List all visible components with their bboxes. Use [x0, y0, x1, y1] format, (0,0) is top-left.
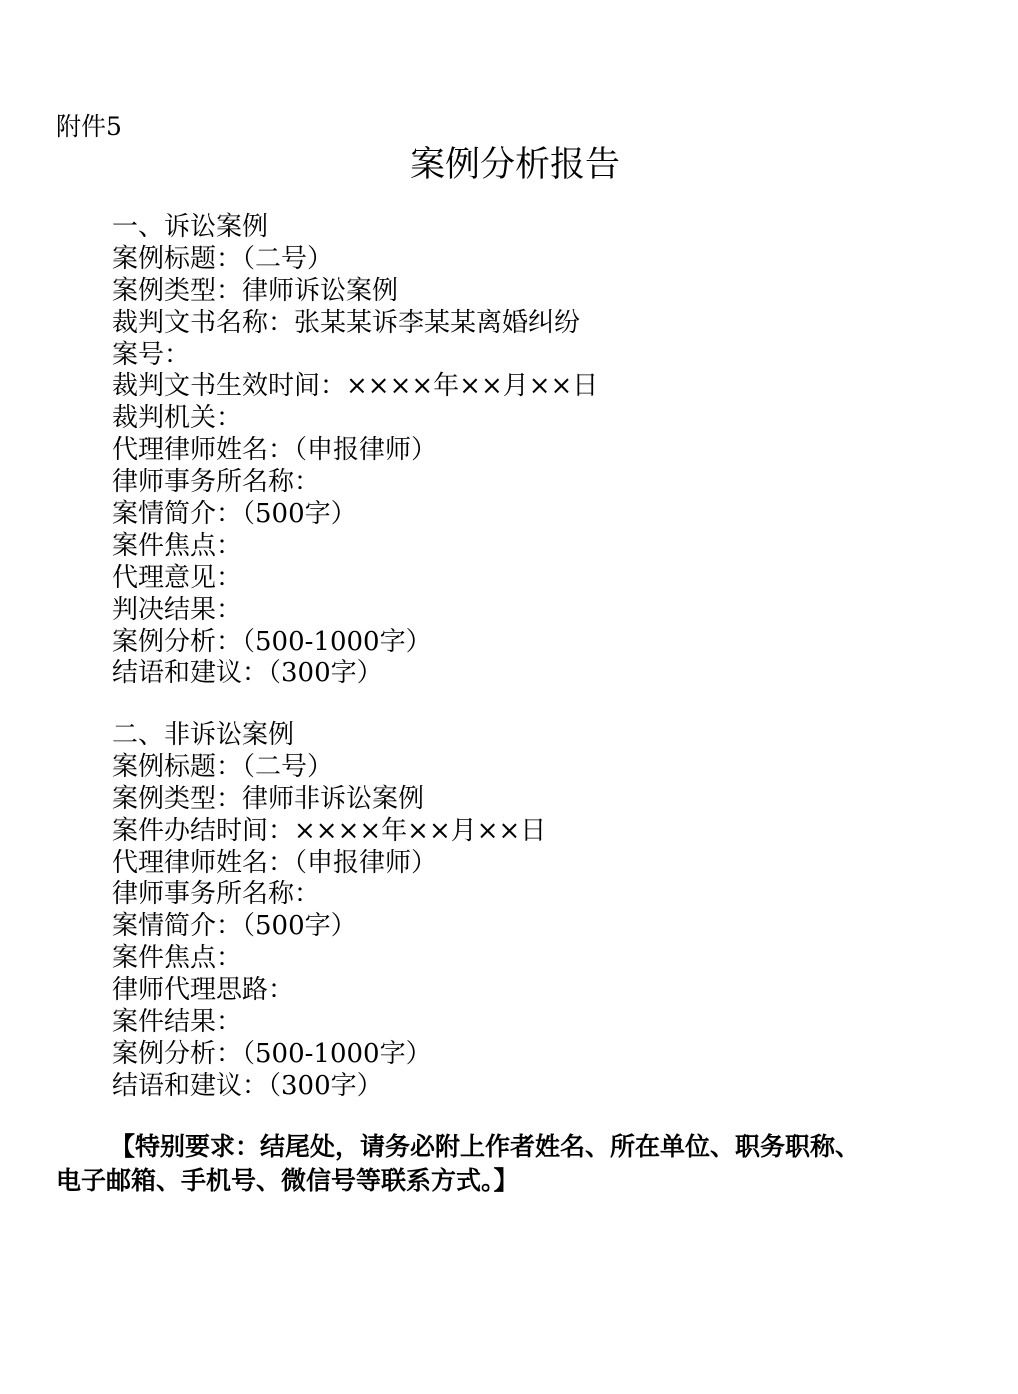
field-effective-date: 裁判文书生效时间：××××年××月××日: [112, 371, 598, 403]
document-page: 附件5 案例分析报告 一、诉讼案例 案例标题：（二号） 案例类型：律师诉讼案例 …: [0, 0, 1018, 1394]
special-requirement-note: 【特别要求：结尾处，请务必附上作者姓名、所在单位、职务职称、 电子邮箱、手机号、…: [56, 1130, 976, 1198]
field-agency-opinion: 代理意见：: [112, 563, 598, 595]
attachment-label: 附件5: [56, 110, 122, 144]
field-case-focus: 案件焦点：: [112, 531, 598, 563]
field-label: 案例分析：: [112, 1039, 242, 1069]
field-label: 代理律师姓名：: [112, 435, 294, 465]
field-label: 裁判文书生效时间：: [112, 371, 346, 401]
note-line-1: 【特别要求：结尾处，请务必附上作者姓名、所在单位、职务职称、: [56, 1130, 976, 1164]
field-label: 案号：: [112, 340, 190, 370]
field-judgment-result: 判决结果：: [112, 595, 598, 627]
field-case-title: 案例标题：（二号）: [112, 244, 598, 276]
field-label: 裁判机关：: [112, 403, 242, 433]
field-value: （500-1000字）: [242, 627, 432, 657]
field-value: （二号）: [242, 244, 333, 274]
field-value: （申报律师）: [294, 848, 437, 878]
section-heading: 二、非诉讼案例: [112, 720, 546, 752]
field-value: 张某某诉李某某离婚纠纷: [294, 308, 580, 338]
field-value: （申报律师）: [294, 435, 437, 465]
field-label: 案例类型：: [112, 784, 242, 814]
field-case-summary: 案情简介：（500字）: [112, 499, 598, 531]
field-value: （500字）: [242, 911, 357, 941]
field-label: 判决结果：: [112, 595, 242, 625]
field-label: 律师事务所名称：: [112, 467, 320, 497]
field-label: 代理意见：: [112, 563, 242, 593]
field-label: 律师代理思路：: [112, 975, 294, 1005]
field-value: （300字）: [268, 1071, 383, 1101]
field-label: 案件结果：: [112, 1007, 242, 1037]
field-lawyer-approach: 律师代理思路：: [112, 975, 546, 1007]
field-case-title: 案例标题：（二号）: [112, 752, 546, 784]
field-label: 案件焦点：: [112, 531, 242, 561]
section-litigation: 一、诉讼案例 案例标题：（二号） 案例类型：律师诉讼案例 裁判文书名称：张某某诉…: [112, 212, 598, 690]
field-case-focus: 案件焦点：: [112, 943, 546, 975]
field-lawyer-name: 代理律师姓名：（申报律师）: [112, 848, 546, 880]
field-label: 案例标题：: [112, 752, 242, 782]
section-heading: 一、诉讼案例: [112, 212, 598, 244]
field-conclusion: 结语和建议：（300字）: [112, 658, 598, 690]
field-conclusion: 结语和建议：（300字）: [112, 1071, 546, 1103]
field-value: （500字）: [242, 499, 357, 529]
field-value: 律师非诉讼案例: [242, 784, 424, 814]
field-label: 案例类型：: [112, 276, 242, 306]
field-label: 案件办结时间：: [112, 816, 294, 846]
field-label: 案件焦点：: [112, 943, 242, 973]
field-label: 代理律师姓名：: [112, 848, 294, 878]
field-lawyer-name: 代理律师姓名：（申报律师）: [112, 435, 598, 467]
field-case-analysis: 案例分析：（500-1000字）: [112, 1039, 546, 1071]
field-label: 案例分析：: [112, 627, 242, 657]
field-value: （二号）: [242, 752, 333, 782]
field-case-analysis: 案例分析：（500-1000字）: [112, 627, 598, 659]
field-law-firm: 律师事务所名称：: [112, 879, 546, 911]
field-completion-date: 案件办结时间：××××年××月××日: [112, 816, 546, 848]
field-value: ××××年××月××日: [294, 816, 546, 846]
field-law-firm: 律师事务所名称：: [112, 467, 598, 499]
field-value: 律师诉讼案例: [242, 276, 398, 306]
section-non-litigation: 二、非诉讼案例 案例标题：（二号） 案例类型：律师非诉讼案例 案件办结时间：××…: [112, 720, 546, 1103]
page-title: 案例分析报告: [0, 143, 1018, 187]
field-label: 案情简介：: [112, 911, 242, 941]
field-case-type: 案例类型：律师非诉讼案例: [112, 784, 546, 816]
field-value: （300字）: [268, 658, 383, 688]
field-court: 裁判机关：: [112, 403, 598, 435]
field-label: 结语和建议：: [112, 1071, 268, 1101]
field-case-result: 案件结果：: [112, 1007, 546, 1039]
field-label: 结语和建议：: [112, 658, 268, 688]
field-case-type: 案例类型：律师诉讼案例: [112, 276, 598, 308]
field-label: 裁判文书名称：: [112, 308, 294, 338]
field-label: 案例标题：: [112, 244, 242, 274]
field-judgment-name: 裁判文书名称：张某某诉李某某离婚纠纷: [112, 308, 598, 340]
field-value: （500-1000字）: [242, 1039, 432, 1069]
field-label: 律师事务所名称：: [112, 879, 320, 909]
field-label: 案情简介：: [112, 499, 242, 529]
field-value: ××××年××月××日: [346, 371, 598, 401]
note-line-2: 电子邮箱、手机号、微信号等联系方式。】: [56, 1164, 976, 1198]
field-case-summary: 案情简介：（500字）: [112, 911, 546, 943]
field-case-number: 案号：: [112, 340, 598, 372]
